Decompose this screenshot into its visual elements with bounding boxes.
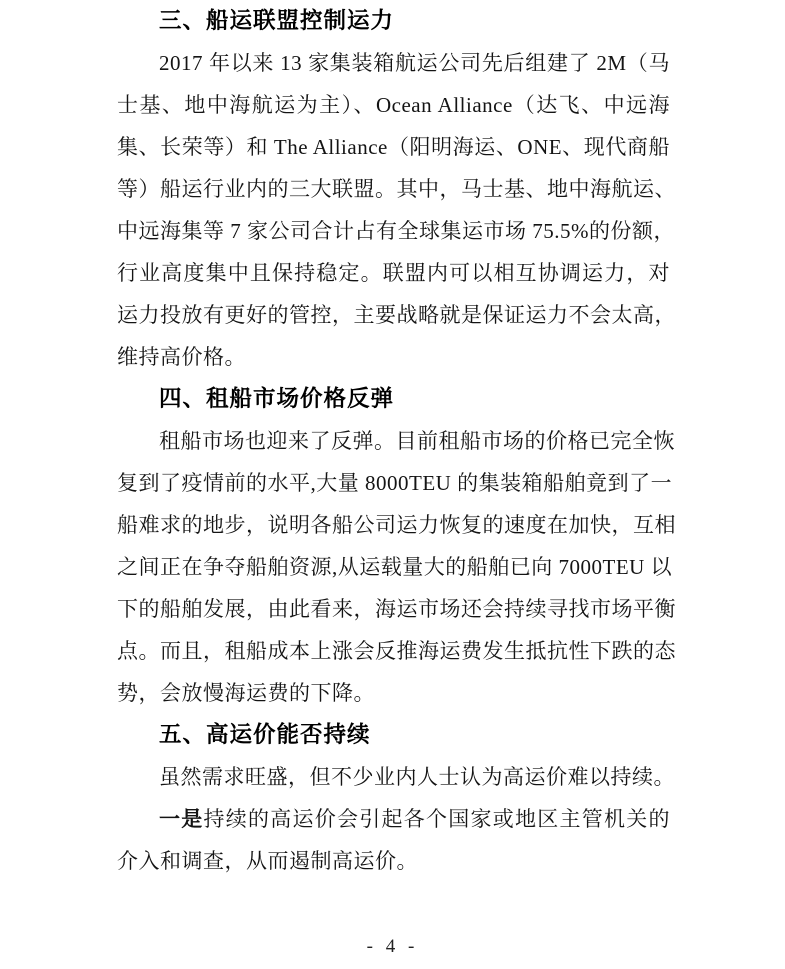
paragraph-line: 租船市场也迎来了反弹。目前租船市场的价格已完全恢	[117, 420, 670, 462]
paragraph-line: 介入和调查，从而遏制高运价。	[117, 840, 670, 882]
page-footer: - 4 -	[0, 934, 785, 960]
document-body: 三、船运联盟控制运力2017 年以来 13 家集装箱航运公司先后组建了 2M（马…	[117, 0, 670, 882]
paragraph-line: 等）船运行业内的三大联盟。其中，马士基、地中海航运、	[117, 168, 670, 210]
section-heading-1: 三、船运联盟控制运力	[117, 0, 670, 42]
paragraph-line: 虽然需求旺盛，但不少业内人士认为高运价难以持续。	[117, 756, 670, 798]
paragraph-line: 点。而且，租船成本上涨会反推海运费发生抵抗性下跌的态	[117, 630, 670, 672]
paragraph-line: 运力投放有更好的管控，主要战略就是保证运力不会太高，	[117, 294, 670, 336]
paragraph-line: 一是持续的高运价会引起各个国家或地区主管机关的	[117, 798, 670, 840]
paragraph-line: 复到了疫情前的水平,大量 8000TEU 的集装箱船舶竟到了一	[117, 462, 670, 504]
bold-lead: 一是	[159, 807, 204, 831]
paragraph-line: 维持高价格。	[117, 336, 670, 378]
section-heading-2: 四、租船市场价格反弹	[117, 378, 670, 420]
paragraph-line: 2017 年以来 13 家集装箱航运公司先后组建了 2M（马	[117, 42, 670, 84]
paragraph-line: 势，会放慢海运费的下降。	[117, 672, 670, 714]
paragraph-line: 集、长荣等）和 The Alliance（阳明海运、ONE、现代商船	[117, 126, 670, 168]
paragraph-line: 中远海集等 7 家公司合计占有全球集运市场 75.5%的份额，	[117, 210, 670, 252]
paragraph-line: 行业高度集中且保持稳定。联盟内可以相互协调运力，对	[117, 252, 670, 294]
paragraph-line: 下的船舶发展，由此看来，海运市场还会持续寻找市场平衡	[117, 588, 670, 630]
paragraph-line: 之间正在争夺船舶资源,从运载量大的船舶已向 7000TEU 以	[117, 546, 670, 588]
document-page: 三、船运联盟控制运力2017 年以来 13 家集装箱航运公司先后组建了 2M（马…	[0, 0, 785, 969]
paragraph-line: 士基、地中海航运为主）、Ocean Alliance（达飞、中远海	[117, 84, 670, 126]
page-number: - 4 -	[367, 936, 419, 957]
paragraph-line: 船难求的地步，说明各船公司运力恢复的速度在加快，互相	[117, 504, 670, 546]
section-heading-3: 五、高运价能否持续	[117, 714, 670, 756]
